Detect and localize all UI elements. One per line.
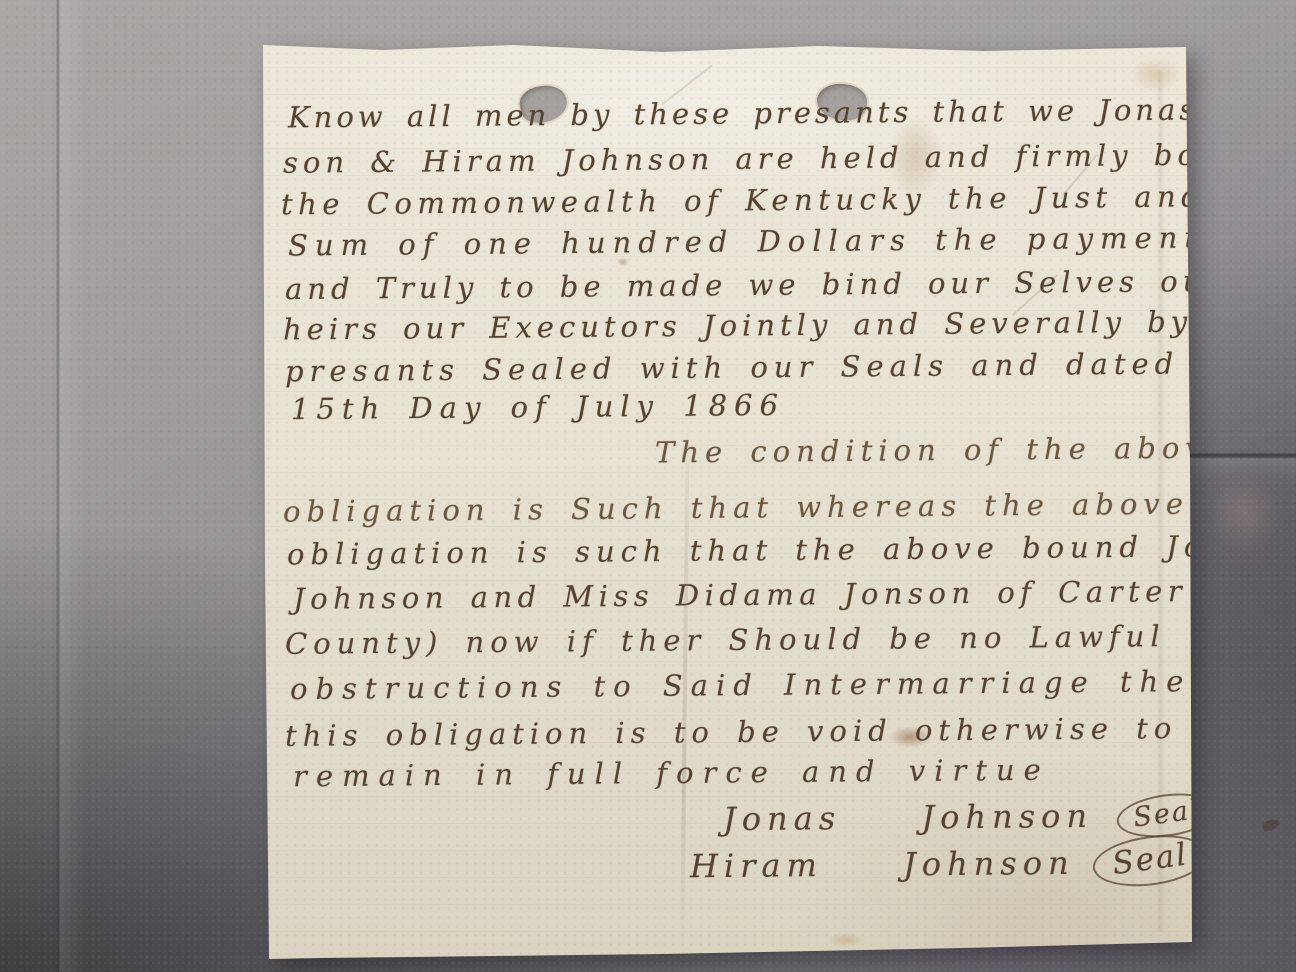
photo-of-document: Know all men by these presants that we J… [0,0,1296,972]
handwritten-line: Know all men by these presants that we J… [288,92,1296,135]
handwritten-line: the Commonwealth of Kentucky the Just an… [281,179,1296,222]
handwritten-line: presants Sealed with our Seals and dated… [285,346,1280,389]
handwritten-line: obligation is Such that whereas the abov… [283,485,1296,528]
handwritten-line: son & Hiram Johnson are held and firmly … [283,136,1296,180]
handwritten-line: obstructions to Said Intermarriage then [290,664,1218,706]
handwritten-line: 15th Day of July 1866 [291,388,785,426]
handwritten-line: remain in full force and virtue [293,753,1050,794]
handwritten-line: The condition of the above [655,430,1231,469]
handwritten-line: this obligation is to be void otherwise … [285,711,1178,753]
handwritten-line: Sum of one hundred Dollars the payment w… [288,220,1296,263]
handwritten-line: heirs our Executors Jointly and Severall… [283,303,1296,346]
handwritten-line: County) now if ther Should be no Lawful [285,619,1166,661]
signature-name: Jonas Johnson [723,797,1093,838]
document-paper: Know all men by these presants that we J… [263,42,1192,959]
handwritten-line: Johnson and Miss Didama Jonson of Carter [293,574,1187,616]
paper-shadow-wrap: Know all men by these presants that we J… [0,0,1296,972]
handwritten-line: obligation is such that the above bound … [287,529,1276,572]
signature-row: Hiram JohnsonSeal [690,840,1209,894]
paper-stain [823,930,869,950]
signature-name: Hiram Johnson [690,844,1075,885]
handwritten-line: and Truly to be made we bind our Selves … [285,264,1225,306]
